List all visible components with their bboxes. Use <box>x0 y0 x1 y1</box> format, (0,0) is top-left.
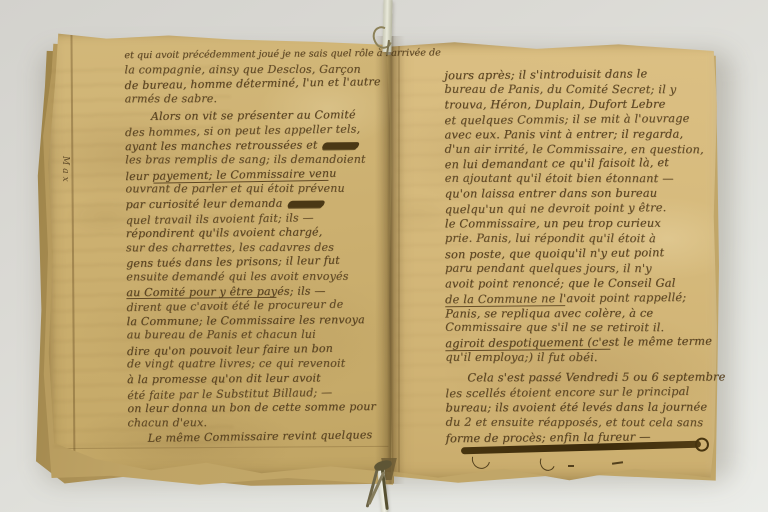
manuscript-line: prie. Panis, lui répondit qu'il étoit à <box>445 232 713 247</box>
manuscript-line: avec eux. Panis vint à entrer; il regard… <box>445 127 713 143</box>
ink-dash-mark-small <box>568 465 574 467</box>
manuscript-line: avoit point renoncé; que le Conseil Gal <box>445 276 713 292</box>
manuscript-line: jours après; il s'introduisit dans le <box>444 67 712 84</box>
manuscript-line: le Commissaire, un peu trop curieux <box>445 217 713 233</box>
manuscript-line: et quelques Commis; il se mit à l'ouvrag… <box>444 111 712 128</box>
manuscript-line: les scellés étoient encore sur le princi… <box>445 385 713 402</box>
manuscript-line: de vingt quatre livres; ce qui revenoit <box>127 357 395 372</box>
manuscript-line: ouvrant de parler et qui étoit prévenu <box>125 182 393 197</box>
manuscript-line: qu'il employa;) il fut obéi. <box>445 351 713 366</box>
binding-gutter-shadow <box>375 36 405 484</box>
manuscript-line: son poste, que quoiqu'il n'y eut point <box>445 246 713 263</box>
manuscript-line: armés de sabre. <box>125 91 393 106</box>
manuscript-photo: et qui avoit précédemment joué je ne sai… <box>0 0 768 512</box>
manuscript-line: paru pendant quelques jours, il n'y <box>445 262 713 277</box>
manuscript-line: bureau de Panis, du Comité Secret; il y <box>444 83 712 98</box>
margin-note: Max <box>60 156 70 226</box>
manuscript-line: trouva, Héron, Duplain, Dufort Lebre <box>444 97 712 113</box>
right-page-text: jours après; il s'introduisit dans lebur… <box>444 68 713 447</box>
manuscript-line: en ajoutant qu'il étoit bien étonnant — <box>445 172 713 187</box>
manuscript-line: bureau; ils avoient été levés dans la jo… <box>446 400 714 416</box>
left-page-text: et qui avoit précédemment joué je ne sai… <box>124 47 395 446</box>
manuscript-line: de la Commune ne l'avoit point rappellé; <box>445 290 713 307</box>
manuscript-line: du 2 et ensuite réapposés, et tout cela … <box>446 416 714 431</box>
manuscript-line: et qui avoit précédemment joué je ne sai… <box>124 47 392 64</box>
manuscript-line: ensuite demandé qui les avoit envoyés <box>126 270 394 285</box>
manuscript-line: quelqu'un qui ne devroit point y être. <box>445 201 713 218</box>
manuscript-line: Panis, se repliqua avec colère, à ce <box>445 306 713 322</box>
